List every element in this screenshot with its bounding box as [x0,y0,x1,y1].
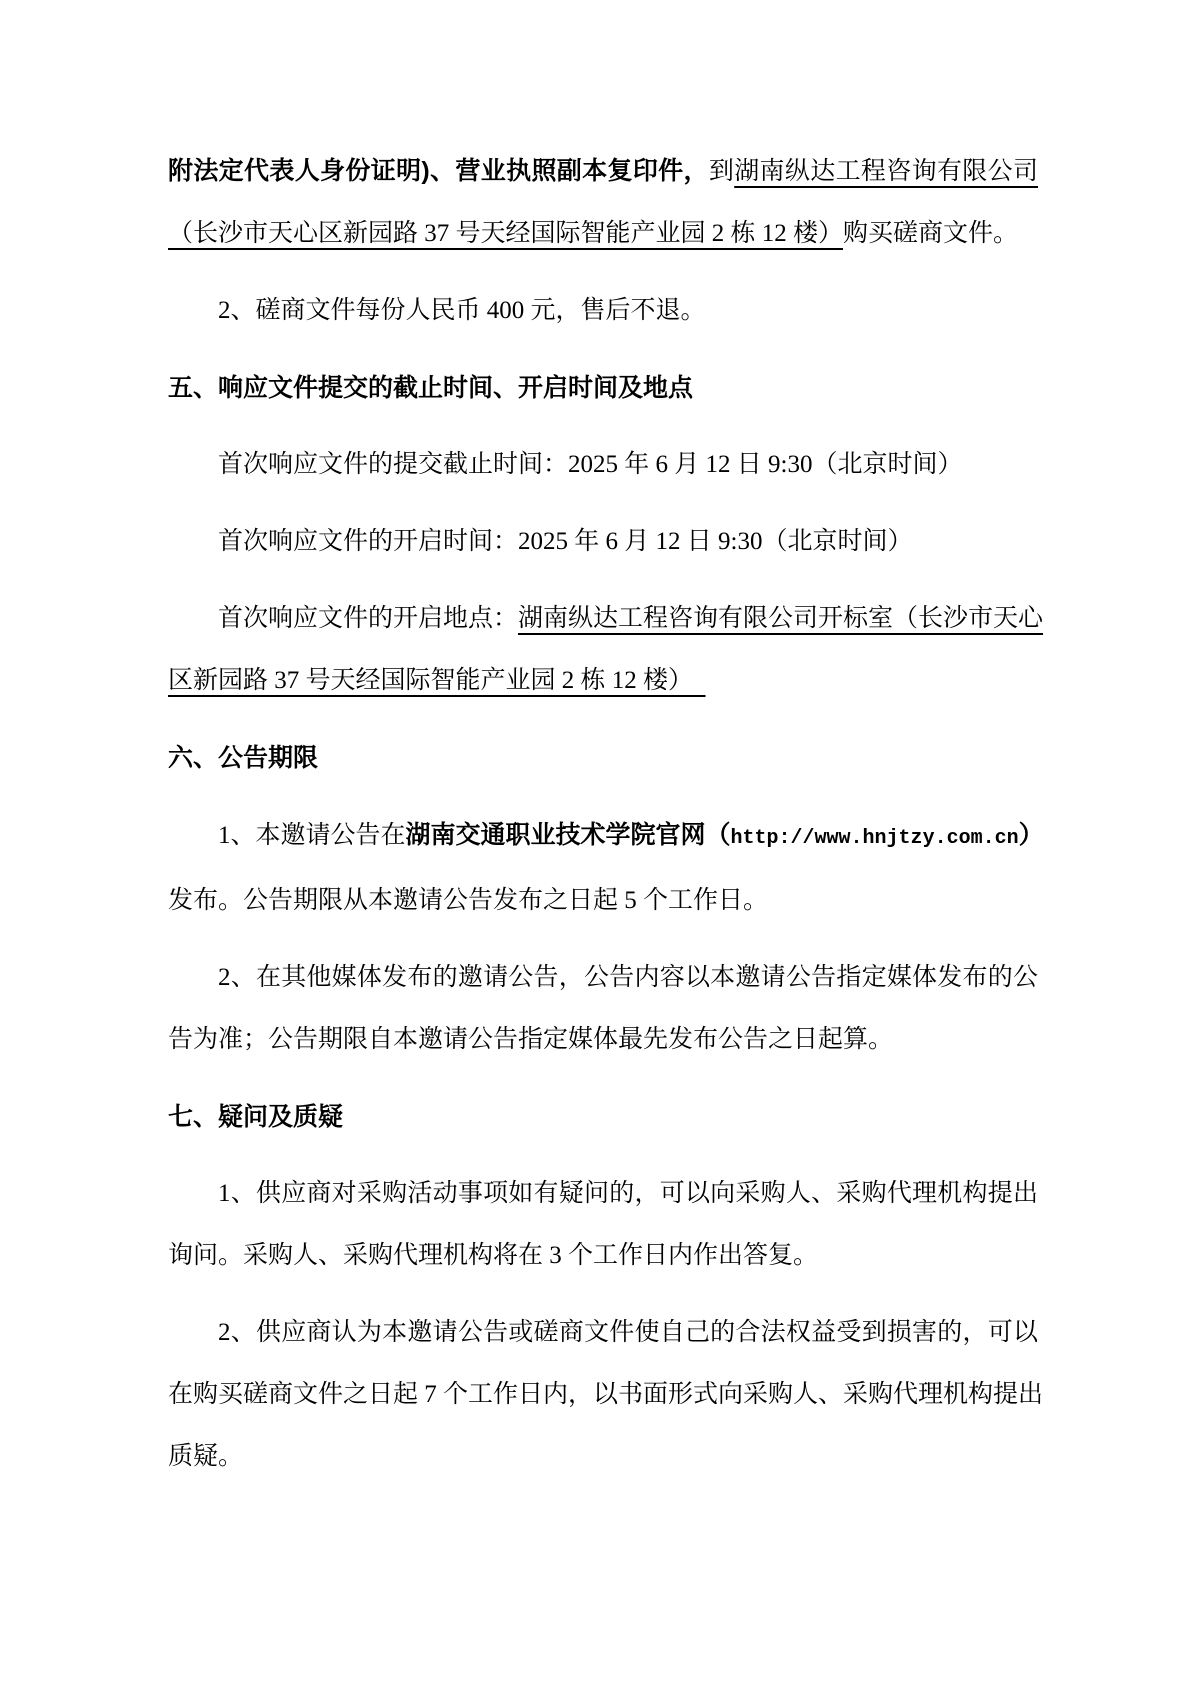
text-segment: 1、本邀请公告在 [218,822,406,849]
paragraph-line: 2、供应商认为本邀请公告或磋商文件使自己的合法权益受到损害的，可以 [168,1302,1038,1364]
text-segment: 五、响应文件提交的截止时间、开启时间及地点 [168,374,693,402]
paragraph-line: 首次响应文件的提交截止时间：2025 年 6 月 12 日 9:30（北京时间） [168,434,1038,496]
text-segment: 到 [709,158,734,185]
section-heading: 六、公告期限 [168,727,1038,789]
text-segment: 2、磋商文件每份人民币 400 元，售后不退。 [218,297,706,324]
text-segment: http://www.hnjtzy.com.cn [731,827,1019,850]
text-segment: 询问。采购人、采购代理机构将在 3 个工作日内作出答复。 [168,1242,818,1269]
paragraph-line: 询问。采购人、采购代理机构将在 3 个工作日内作出答复。 [168,1225,1038,1287]
text-segment: 告为准；公告期限自本邀请公告指定媒体最先发布公告之日起算。 [168,1026,893,1053]
document-body: 附法定代表人身份证明)、营业执照副本复印件，到湖南纵达工程咨询有限公司（长沙市天… [168,140,1038,1488]
text-segment: 附法定代表人身份证明)、营业执照副本复印件， [168,157,709,185]
paragraph-line: 告为准；公告期限自本邀请公告指定媒体最先发布公告之日起算。 [168,1009,1038,1071]
paragraph-line: 1、本邀请公告在湖南交通职业技术学院官网（http://www.hnjtzy.c… [168,804,1038,870]
paragraph-line: 发布。公告期限从本邀请公告发布之日起 5 个工作日。 [168,870,1038,932]
paragraph-line: 首次响应文件的开启地点：湖南纵达工程咨询有限公司开标室（长沙市天心 [168,588,1038,650]
text-segment: 发布。公告期限从本邀请公告发布之日起 5 个工作日。 [168,887,768,914]
underlined-text-segment: 湖南纵达工程咨询有限公司 [734,158,1038,185]
underlined-text-segment: 区新园路 37 号天经国际智能产业园 2 栋 12 楼） [168,667,706,694]
text-segment: 首次响应文件的开启时间：2025 年 6 月 12 日 9:30（北京时间） [218,528,912,555]
paragraph-line: （长沙市天心区新园路 37 号天经国际智能产业园 2 栋 12 楼）购买磋商文件… [168,203,1038,265]
text-segment: 2、在其他媒体发布的邀请公告，公告内容以本邀请公告指定媒体发布的公 [218,964,1038,991]
underlined-text-segment: 湖南纵达工程咨询有限公司开标室（长沙市天心 [518,605,1043,632]
section-heading: 七、疑问及质疑 [168,1086,1038,1148]
paragraph-line: 1、供应商对采购活动事项如有疑问的，可以向采购人、采购代理机构提出 [168,1163,1038,1225]
text-segment: 六、公告期限 [168,744,318,772]
text-segment: 湖南交通职业技术学院官网（ [406,821,731,849]
paragraph-line: 质疑。 [168,1426,1038,1488]
text-segment: 质疑。 [168,1443,243,1470]
text-segment: 在购买磋商文件之日起 7 个工作日内，以书面形式向采购人、采购代理机构提出 [168,1381,1043,1408]
paragraph-line: 区新园路 37 号天经国际智能产业园 2 栋 12 楼） [168,650,1038,712]
paragraph-line: 2、在其他媒体发布的邀请公告，公告内容以本邀请公告指定媒体发布的公 [168,947,1038,1009]
paragraph-line: 在购买磋商文件之日起 7 个工作日内，以书面形式向采购人、采购代理机构提出 [168,1364,1038,1426]
paragraph-line: 首次响应文件的开启时间：2025 年 6 月 12 日 9:30（北京时间） [168,511,1038,573]
text-segment: 1、供应商对采购活动事项如有疑问的，可以向采购人、采购代理机构提出 [218,1180,1038,1207]
document-page: 附法定代表人身份证明)、营业执照副本复印件，到湖南纵达工程咨询有限公司（长沙市天… [0,0,1191,1684]
underlined-text-segment: （长沙市天心区新园路 37 号天经国际智能产业园 2 栋 12 楼） [168,220,843,247]
text-segment: ） [1019,821,1044,849]
text-segment: 七、疑问及质疑 [168,1103,343,1131]
text-segment: 购买磋商文件。 [843,220,1018,247]
text-segment: 首次响应文件的开启地点： [218,605,518,632]
section-heading: 五、响应文件提交的截止时间、开启时间及地点 [168,357,1038,419]
text-segment: 首次响应文件的提交截止时间：2025 年 6 月 12 日 9:30（北京时间） [218,451,962,478]
paragraph-line: 2、磋商文件每份人民币 400 元，售后不退。 [168,280,1038,342]
paragraph-line: 附法定代表人身份证明)、营业执照副本复印件，到湖南纵达工程咨询有限公司 [168,140,1038,203]
text-segment: 2、供应商认为本邀请公告或磋商文件使自己的合法权益受到损害的，可以 [218,1319,1038,1346]
